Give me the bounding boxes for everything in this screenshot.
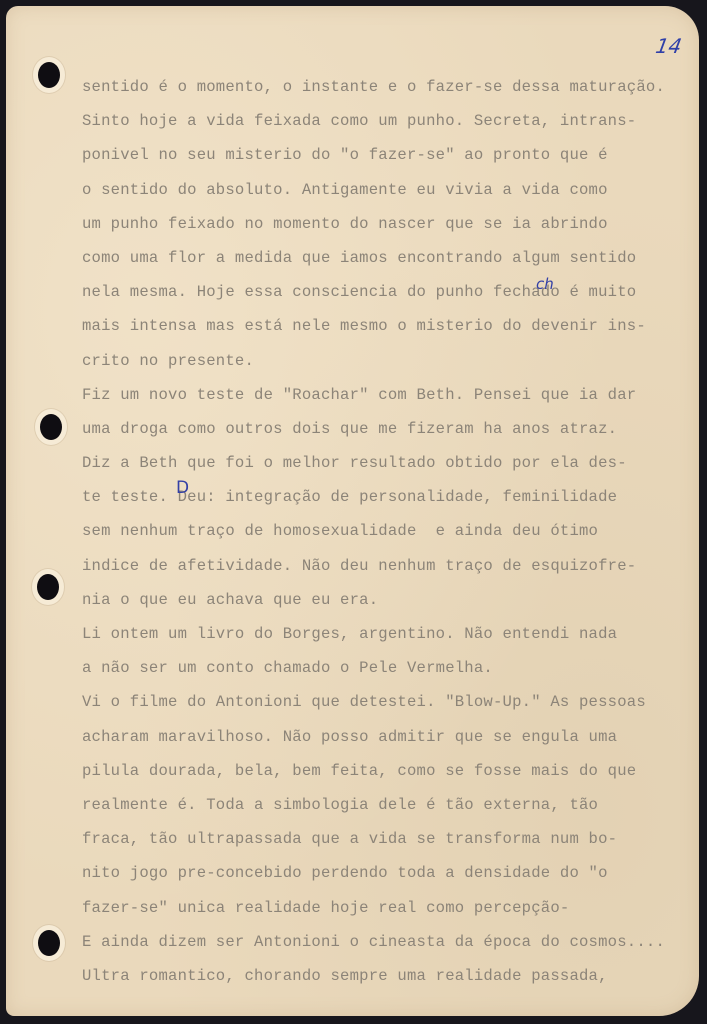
text-line: nia o que eu achava que eu era.	[82, 583, 697, 617]
text-line: como uma flor a medida que iamos encontr…	[82, 241, 697, 275]
punch-hole-icon	[38, 62, 60, 88]
page-number: 14	[654, 34, 684, 58]
text-line: indice de afetividade. Não deu nenhum tr…	[82, 549, 697, 583]
text-line: sentido é o momento, o instante e o faze…	[82, 70, 697, 104]
punch-hole-icon	[37, 574, 59, 600]
punch-hole-icon	[38, 930, 60, 956]
text-line: Li ontem um livro do Borges, argentino. …	[82, 617, 697, 651]
text-line: Fiz um novo teste de "Roachar" com Beth.…	[82, 378, 697, 412]
text-line: pilula dourada, bela, bem feita, como se…	[82, 754, 697, 788]
text-line: fraca, tão ultrapassada que a vida se tr…	[82, 822, 697, 856]
text-line: a não ser um conto chamado o Pele Vermel…	[82, 651, 697, 685]
text-line: o sentido do absoluto. Antigamente eu vi…	[82, 173, 697, 207]
text-line: um punho feixado no momento do nascer qu…	[82, 207, 697, 241]
handwritten-correction: ch	[536, 275, 554, 293]
text-line: E ainda dizem ser Antonioni o cineasta d…	[82, 925, 697, 959]
text-line: mais intensa mas está nele mesmo o miste…	[82, 309, 697, 343]
text-line: realmente é. Toda a simbologia dele é tã…	[82, 788, 697, 822]
typed-text-body: sentido é o momento, o instante e o faze…	[82, 70, 697, 993]
text-line: Ultra romantico, chorando sempre uma rea…	[82, 959, 697, 993]
punch-hole-icon	[40, 414, 62, 440]
text-line: sem nenhum traço de homosexualidade e ai…	[82, 514, 697, 548]
text-line: ponivel no seu misterio do "o fazer-se" …	[82, 138, 697, 172]
text-line: nela mesma. Hoje essa consciencia do pun…	[82, 275, 697, 309]
text-line: Diz a Beth que foi o melhor resultado ob…	[82, 446, 697, 480]
text-line: crito no presente.	[82, 344, 697, 378]
text-line: acharam maravilhoso. Não posso admitir q…	[82, 720, 697, 754]
text-line: te teste. Deu: integração de personalida…	[82, 480, 697, 514]
text-line: fazer-se" unica realidade hoje real como…	[82, 891, 697, 925]
text-line: nito jogo pre-concebido perdendo toda a …	[82, 856, 697, 890]
handwritten-correction: D	[176, 478, 189, 498]
text-line: Vi o filme do Antonioni que detestei. "B…	[82, 685, 697, 719]
text-line: uma droga como outros dois que me fizera…	[82, 412, 697, 446]
text-line: Sinto hoje a vida feixada como um punho.…	[82, 104, 697, 138]
